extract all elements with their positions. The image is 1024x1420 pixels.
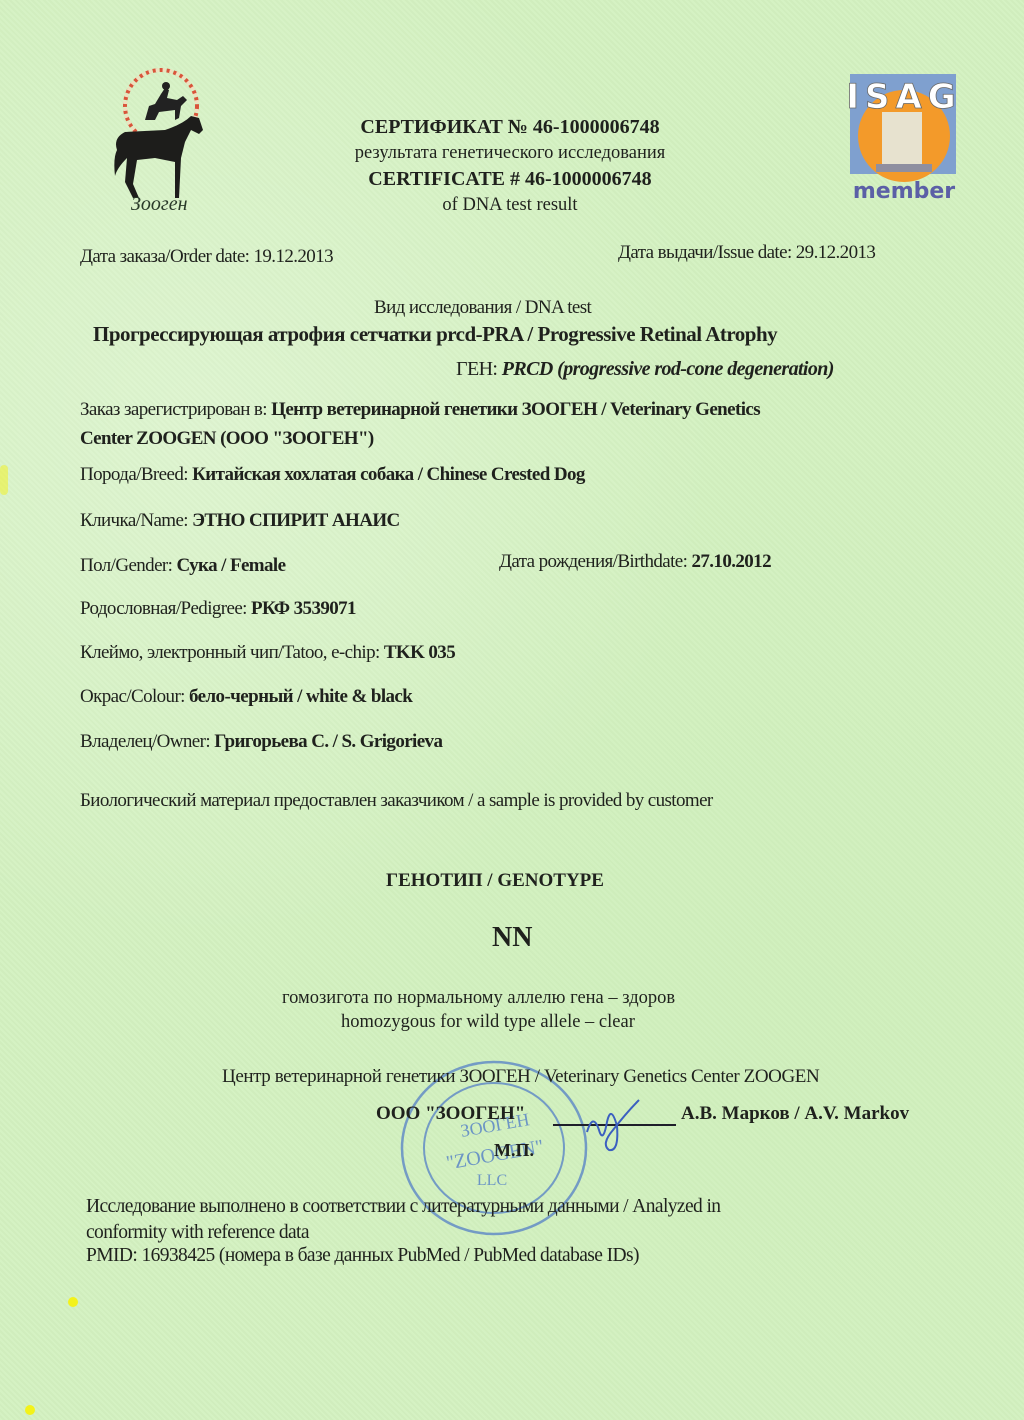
tattoo-field: Клеймо, электронный чип/Tatoo, e-chip: T…	[80, 642, 455, 664]
gene: ГЕН: PRCD (progressive rod-cone degenera…	[456, 358, 834, 381]
pedigree-label: Родословная/Pedigree:	[80, 598, 247, 619]
signature-org: ООО "ЗООГЕН"	[376, 1103, 525, 1125]
birthdate-field: Дата рождения/Birthdate: 27.10.2012	[499, 551, 771, 573]
order-date-value: 19.12.2013	[254, 246, 334, 267]
breed-label: Порода/Breed:	[80, 464, 188, 485]
order-date: Дата заказа/Order date: 19.12.2013	[80, 246, 333, 268]
certificate-subtitle-en: of DNA test result	[300, 192, 720, 218]
footer-line-1: Исследование выполнено в соответствии с …	[86, 1196, 720, 1218]
birthdate-label: Дата рождения/Birthdate:	[499, 551, 687, 572]
name-value: ЭТНО СПИРИТ АНАИС	[192, 510, 399, 531]
isag-subtitle: member	[853, 179, 955, 204]
issue-date-value: 29.12.2013	[796, 242, 876, 263]
signature-center: Центр ветеринарной генетики ЗООГЕН / Vet…	[222, 1066, 819, 1088]
seal-mark: М.П.	[494, 1140, 534, 1161]
registered-at: Заказ зарегистрирован в: Центр ветеринар…	[80, 399, 760, 421]
breed-field: Порода/Breed: Китайская хохлатая собака …	[80, 464, 585, 486]
owner-value: Григорьева С. / S. Grigorieva	[214, 731, 442, 752]
tattoo-value: TKK 035	[384, 642, 455, 663]
owner-label: Владелец/Owner:	[80, 731, 210, 752]
logo-text: Зооген	[131, 193, 188, 215]
issue-date-label: Дата выдачи/Issue date:	[618, 242, 792, 263]
birthdate-value: 27.10.2012	[691, 551, 771, 572]
footer-line-2: conformity with reference data	[86, 1222, 309, 1244]
owner-field: Владелец/Owner: Григорьева С. / S. Grigo…	[80, 731, 442, 753]
issue-date: Дата выдачи/Issue date: 29.12.2013	[618, 242, 875, 264]
breed-value: Китайская хохлатая собака / Chinese Cres…	[192, 464, 585, 485]
certificate-subtitle-ru: результата генетического исследования	[300, 140, 720, 166]
paper-speck	[68, 1297, 78, 1307]
isag-title: ISAG	[848, 77, 960, 117]
genotype-desc-en: homozygous for wild type allele – clear	[341, 1012, 635, 1033]
stamp-text-3: LLC	[477, 1172, 507, 1189]
zoogen-logo: Зооген	[95, 58, 215, 218]
name-field: Кличка/Name: ЭТНО СПИРИТ АНАИС	[80, 510, 400, 532]
gene-value: PRCD (progressive rod-cone degeneration)	[502, 358, 834, 380]
pedigree-value: РКФ 3539071	[251, 598, 356, 619]
horse-rider-logo-icon: Зооген	[95, 58, 215, 218]
registered-value-2: Center ZOOGEN (ООО "ЗООГЕН")	[80, 428, 374, 450]
colour-label: Окрас/Colour:	[80, 686, 185, 707]
registered-value-1: Центр ветеринарной генетики ЗООГЕН / Vet…	[271, 399, 760, 420]
certificate-title-ru: СЕРТИФИКАТ № 46-1000006748	[300, 114, 720, 140]
colour-field: Окрас/Colour: бело-черный / white & blac…	[80, 686, 412, 708]
paper-speck	[0, 465, 8, 495]
certificate-header: СЕРТИФИКАТ № 46-1000006748 результата ге…	[300, 114, 720, 218]
signature-icon	[583, 1092, 663, 1162]
gene-label: ГЕН:	[456, 358, 497, 380]
paper-speck	[25, 1405, 35, 1415]
gender-field: Пол/Gender: Сука / Female	[80, 555, 285, 577]
order-date-label: Дата заказа/Order date:	[80, 246, 249, 267]
handwritten-signature	[583, 1092, 663, 1162]
test-name: Прогрессирующая атрофия сетчатки prcd-PR…	[93, 322, 777, 347]
gender-label: Пол/Gender:	[80, 555, 172, 576]
footer-pmid: PMID: 16938425 (номера в базе данных Pub…	[86, 1245, 639, 1267]
gender-value: Сука / Female	[176, 555, 285, 576]
name-label: Кличка/Name:	[80, 510, 188, 531]
genotype-value: NN	[492, 922, 532, 954]
certificate-title-en: CERTIFICATE # 46-1000006748	[300, 166, 720, 192]
isag-badge-icon: ISAG member	[848, 72, 960, 207]
pedigree-field: Родословная/Pedigree: РКФ 3539071	[80, 598, 356, 620]
registered-label: Заказ зарегистрирован в:	[80, 399, 267, 420]
colour-value: бело-черный / white & black	[189, 686, 412, 707]
sample-note: Биологический материал предоставлен зака…	[80, 790, 713, 812]
genotype-desc-ru: гомозигота по нормальному аллелю гена – …	[282, 988, 675, 1009]
test-type-label: Вид исследования / DNA test	[374, 297, 591, 319]
signer-name: А.В. Марков / A.V. Markov	[681, 1103, 909, 1125]
genotype-heading: ГЕНОТИП / GENOTYPE	[386, 870, 604, 892]
tattoo-label: Клеймо, электронный чип/Tatoo, e-chip:	[80, 642, 380, 663]
isag-member-badge: ISAG member	[848, 72, 960, 207]
